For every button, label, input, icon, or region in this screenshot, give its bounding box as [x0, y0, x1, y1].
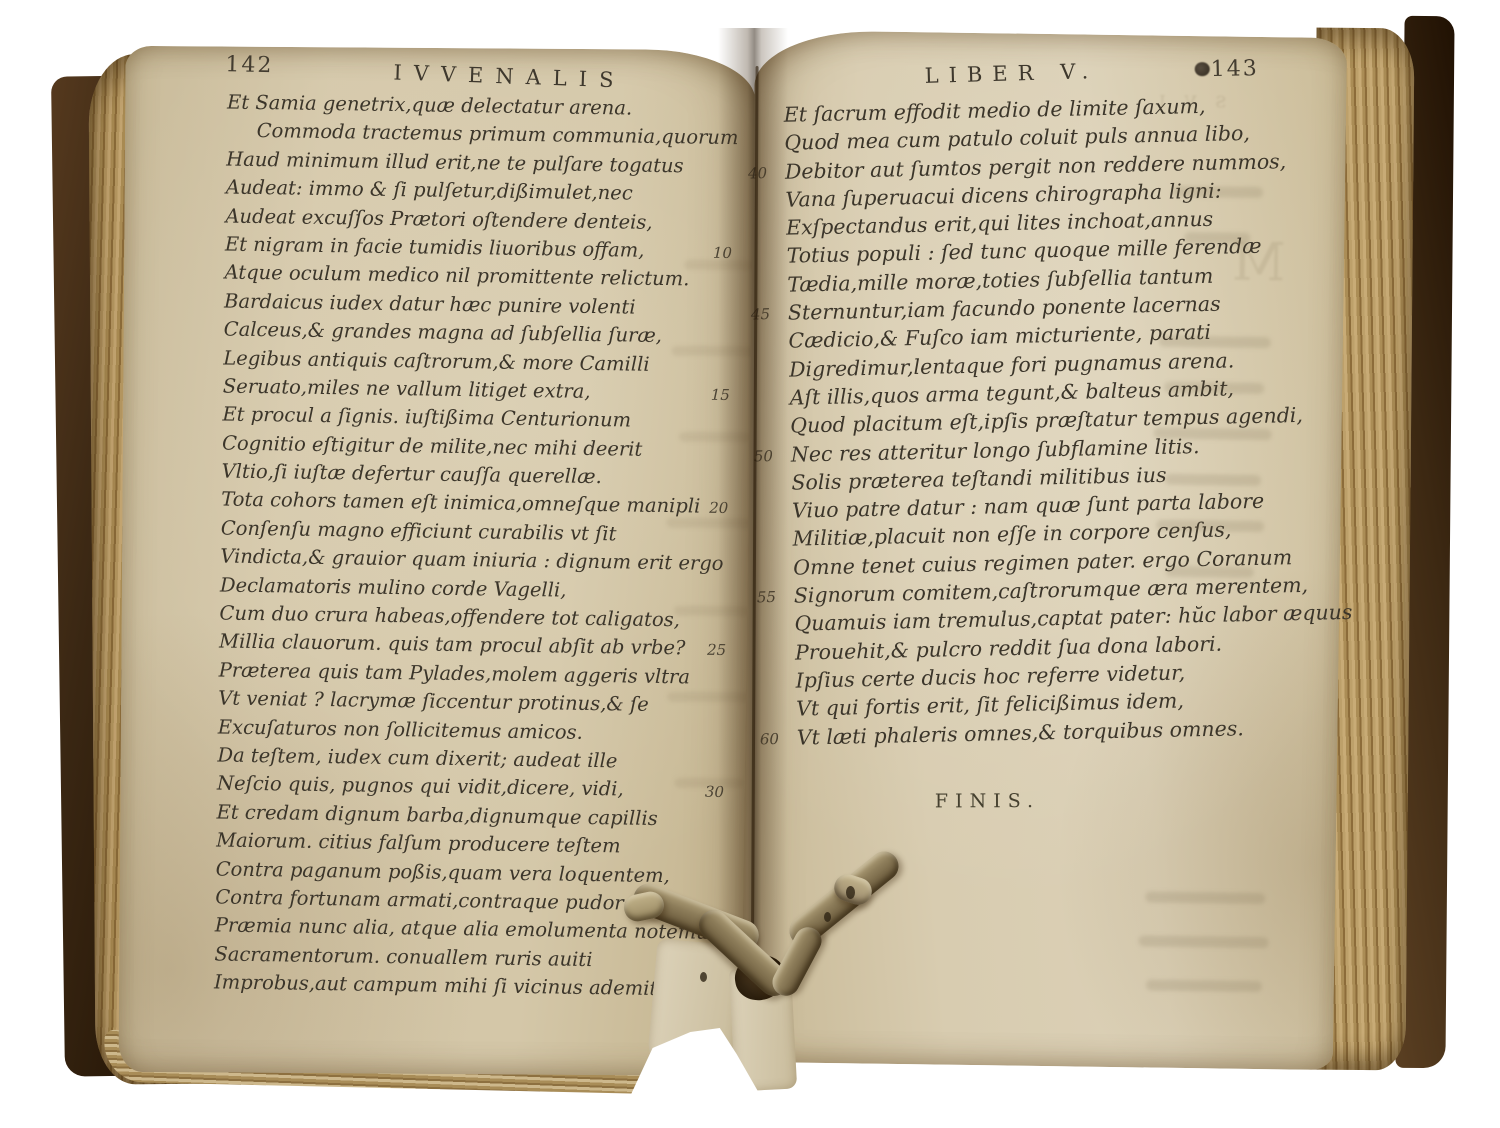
verse-text: Excuſaturos non ſollicitemus amicos.: [218, 715, 583, 743]
right-page-number: 143: [1210, 56, 1259, 82]
verse-text: Sacramentorum. conuallem ruris auiti: [214, 942, 592, 971]
show-through-header: S V I: [1152, 91, 1226, 111]
verse-text: Vltio,ſi iuſtæ defertur cauſſa querellæ.: [221, 460, 601, 489]
verse-text: Cognitio eſtigitur de milite,nec mihi de…: [222, 431, 643, 460]
show-through-line: [1164, 382, 1264, 394]
verse-text: Maiorum. citius falſum producere teſtem: [216, 829, 621, 858]
ink-mark: [846, 886, 855, 899]
ink-blot: [1195, 62, 1210, 76]
right-running-head: LIBER V.: [924, 59, 1098, 88]
show-through-line: [1173, 186, 1263, 198]
verse-text: Da teſtem, iudex cum dixerit; audeat ill…: [217, 743, 617, 772]
verse-text: Bardaicus iudex datur hæc punire volenti: [224, 289, 636, 318]
show-through-line: [1166, 566, 1254, 578]
show-through-line: [1165, 474, 1261, 486]
verse-text: Legibus antiquis caſtrorum,& more Camill…: [223, 346, 650, 375]
ink-mark: [700, 972, 707, 982]
verse-text: Et nigram in facie tumidis liuoribus off…: [225, 232, 645, 261]
left-verse-block: Et Samia genetrix,quæ delectatur arena. …: [214, 91, 709, 1007]
verse-text: Et Samia genetrix,quæ delectatur arena.: [227, 91, 632, 120]
verse-line: Improbus,aut campum mihi ſi vicinus adem…: [214, 971, 696, 1007]
verse-text: Et procul a ſignis. iuſtißima Centurionu…: [222, 403, 631, 432]
verse-text: Et ſacrum effodit medio de limite ſaxum,: [784, 94, 1206, 127]
show-through-line: [1146, 979, 1262, 992]
show-through-line: [1145, 891, 1265, 904]
left-page: 142 IVVENALIS Et Samia genetrix,quæ dele…: [118, 46, 755, 1076]
verse-text: Seruato,miles ne vallum litiget extra,: [223, 374, 591, 402]
left-running-head: IVVENALIS: [393, 60, 626, 92]
show-through-line: [1159, 336, 1271, 349]
ink-mark: [824, 912, 831, 922]
verse-text: Neſcio quis, pugnos qui vidit,dicere, vi…: [217, 772, 624, 801]
show-through-line: [1156, 520, 1264, 533]
show-through-line: [1184, 232, 1250, 244]
show-through-line: [1154, 428, 1272, 441]
verse-text: Audeat: immo & ſi pulſetur,dißimulet,nec: [226, 176, 633, 205]
show-through-line: [1138, 935, 1268, 948]
left-page-number: 142: [225, 52, 274, 78]
verse-text: Conſenſu magno efficiunt curabilis vt ſi…: [221, 516, 617, 545]
book-photo: 142 IVVENALIS Et Samia genetrix,quæ dele…: [0, 0, 1500, 1128]
verse-text: Audeat excuſſos Prætori oſtendere dentei…: [225, 204, 652, 233]
finis-label: FINIS.: [912, 790, 1062, 813]
verse-text: Declamatoris mulino corde Vagelli,: [220, 573, 567, 601]
